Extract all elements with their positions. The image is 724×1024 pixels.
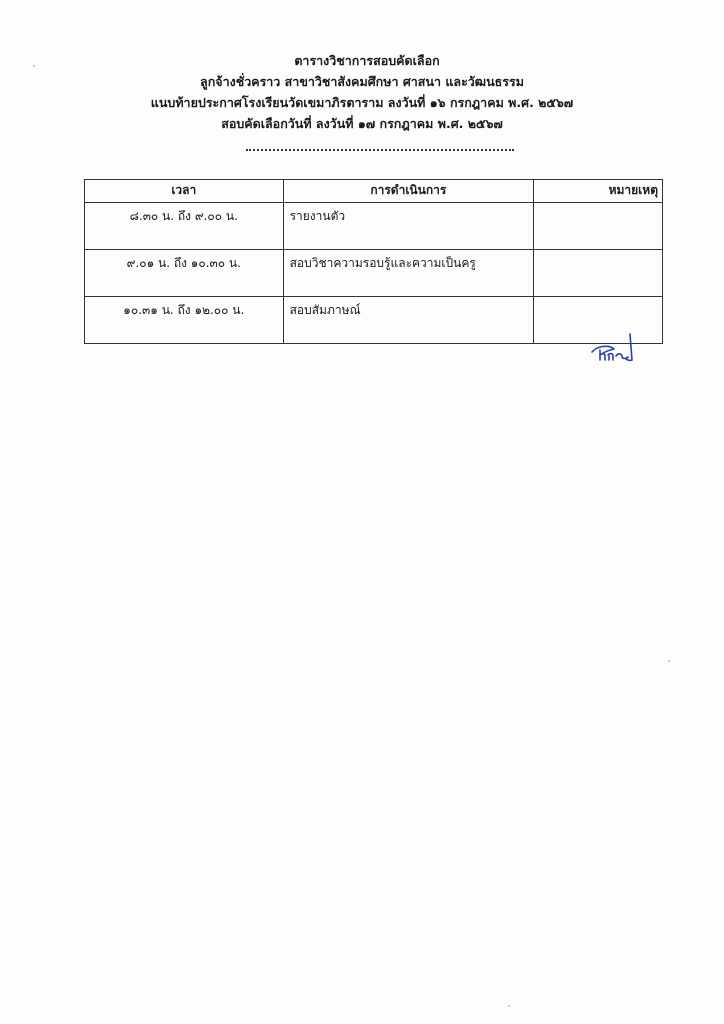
- scan-speck: [508, 1005, 510, 1007]
- header-activity: การดำเนินการ: [283, 180, 533, 203]
- title-announcement-ref: แนบท้ายประกาศโรงเรียนวัดเขมาภิรตาราม ลงว…: [0, 92, 724, 113]
- dotted-separator: [246, 149, 514, 151]
- row-time: ๙.๐๑ น. ถึง ๑๐.๓๐ น.: [85, 250, 284, 297]
- header-remarks: หมายเหตุ: [534, 180, 663, 203]
- signature-mark: [588, 330, 648, 370]
- header-time: เวลา: [85, 180, 284, 203]
- schedule-table: เวลา การดำเนินการ หมายเหตุ ๘.๓๐ น. ถึง ๙…: [84, 179, 663, 344]
- title-schedule: ตารางวิชาการสอบคัดเลือก: [10, 50, 724, 71]
- scan-speck: [33, 65, 35, 67]
- title-position: ลูกจ้างชั่วคราว สาขาวิชาสังคมศึกษา ศาสนา…: [0, 71, 724, 92]
- scan-speck: [668, 660, 670, 662]
- row-time: ๘.๓๐ น. ถึง ๙.๐๐ น.: [85, 203, 284, 250]
- row-remarks: [534, 250, 663, 297]
- row-activity: สอบสัมภาษณ์: [283, 297, 533, 344]
- row-activity: สอบวิชาความรอบรู้และความเป็นครู: [283, 250, 533, 297]
- table-row: ๙.๐๑ น. ถึง ๑๐.๓๐ น. สอบวิชาความรอบรู้แล…: [85, 250, 663, 297]
- table-row: ๑๐.๓๑ น. ถึง ๑๒.๐๐ น. สอบสัมภาษณ์: [85, 297, 663, 344]
- row-activity: รายงานตัว: [283, 203, 533, 250]
- table-row: ๘.๓๐ น. ถึง ๙.๐๐ น. รายงานตัว: [85, 203, 663, 250]
- document-header: ตารางวิชาการสอบคัดเลือก ลูกจ้างชั่วคราว …: [0, 50, 724, 134]
- row-time: ๑๐.๓๑ น. ถึง ๑๒.๐๐ น.: [85, 297, 284, 344]
- row-remarks: [534, 203, 663, 250]
- table-header-row: เวลา การดำเนินการ หมายเหตุ: [85, 180, 663, 203]
- title-exam-date: สอบคัดเลือกวันที่ ลงวันที่ ๑๗ กรกฎาคม พ.…: [0, 113, 724, 134]
